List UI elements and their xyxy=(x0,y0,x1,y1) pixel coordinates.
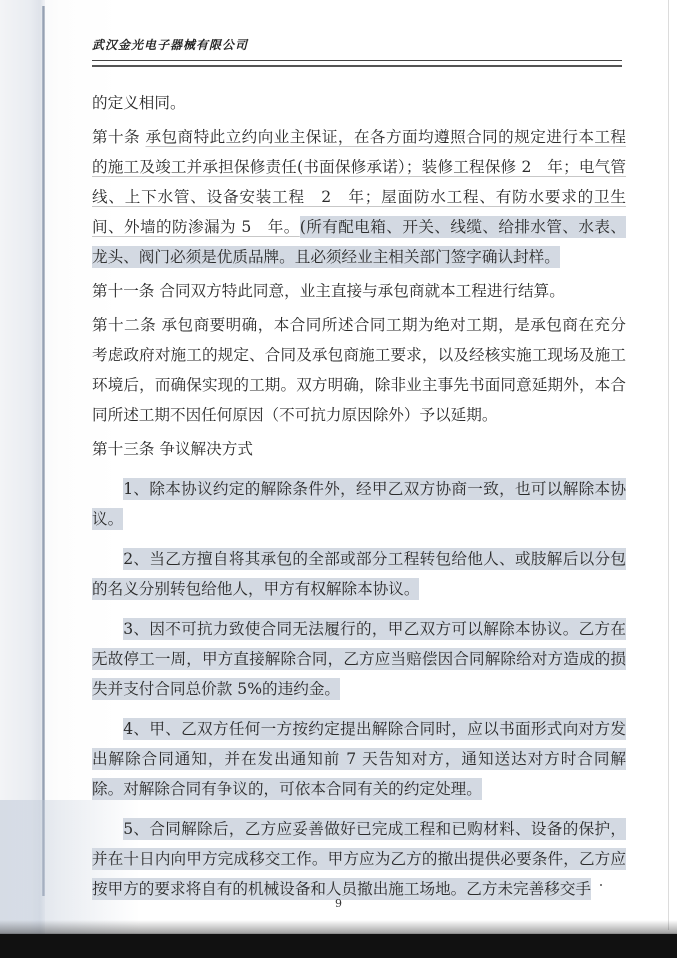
article-label: 第十二条 xyxy=(92,316,156,334)
clause-5: 5、合同解除后，乙方应妥善做好已完成工程和已购材料、设备的保护，并在十日内向甲方… xyxy=(92,814,626,904)
clause-2: 2、当乙方擅自将其承包的全部或部分工程转包给他人、或肢解后以分包的名义分别转包给… xyxy=(92,544,626,604)
article-text: 合同双方特此同意，业主直接与承包商就本工程进行结算。 xyxy=(159,282,564,300)
highlighted-text: 5、合同解除后，乙方应妥善做好已完成工程和已购材料、设备的保护，并在十日内向甲方… xyxy=(92,818,626,900)
paragraph-text: 的定义相同。 xyxy=(92,94,186,112)
article-label: 第十一条 xyxy=(92,282,154,300)
article-label: 第十条 xyxy=(92,128,140,146)
highlighted-text: 1、除本协议约定的解除条件外，经甲乙双方协商一致，也可以解除本协议。 xyxy=(92,478,626,530)
company-name: 武汉金光电子器械有限公司 xyxy=(92,36,622,54)
scan-artifact-dot xyxy=(600,884,602,886)
clause-3: 3、因不可抗力致使合同无法履行的，甲乙双方可以解除本协议。乙方在无故停工一周，甲… xyxy=(92,614,626,704)
page-number: 9 xyxy=(0,897,677,910)
highlighted-text: 4、甲、乙双方任何一方按约定提出解除合同时，应以书面形式向对方发出解除合同通知，… xyxy=(92,718,626,800)
document-body: 的定义相同。 第十条 承包商特此立约向业主保证，在各方面均遵照合同的规定进行本工… xyxy=(92,88,626,904)
clause-1: 1、除本协议约定的解除条件外，经甲乙双方协商一致，也可以解除本协议。 xyxy=(92,474,626,534)
paragraph-continuation: 的定义相同。 xyxy=(92,88,626,118)
page-header: 武汉金光电子器械有限公司 xyxy=(92,36,622,67)
article-12: 第十二条 承包商要明确，本合同所述合同工期为绝对工期，是承包商在充分考虑政府对施… xyxy=(92,310,626,430)
article-text: 争议解决方式 xyxy=(159,440,253,458)
binding-spine xyxy=(42,6,45,896)
article-10: 第十条 承包商特此立约向业主保证，在各方面均遵照合同的规定进行本工程的施工及竣工… xyxy=(92,122,626,272)
clause-4: 4、甲、乙双方任何一方按约定提出解除合同时，应以书面形式向对方发出解除合同通知，… xyxy=(92,714,626,804)
header-rule xyxy=(92,60,622,67)
highlighted-text: 2、当乙方擅自将其承包的全部或部分工程转包给他人、或肢解后以分包的名义分别转包给… xyxy=(92,548,626,600)
page-right-edge xyxy=(668,0,669,930)
highlighted-text: 3、因不可抗力致使合同无法履行的，甲乙双方可以解除本协议。乙方在无故停工一周，甲… xyxy=(92,618,626,700)
article-11: 第十一条 合同双方特此同意，业主直接与承包商就本工程进行结算。 xyxy=(92,276,626,306)
scan-bottom-border xyxy=(0,934,677,958)
article-label: 第十三条 xyxy=(92,440,154,458)
article-13: 第十三条 争议解决方式 xyxy=(92,434,626,464)
article-text: 承包商要明确，本合同所述合同工期为绝对工期，是承包商在充分考虑政府对施工的规定、… xyxy=(92,316,626,424)
